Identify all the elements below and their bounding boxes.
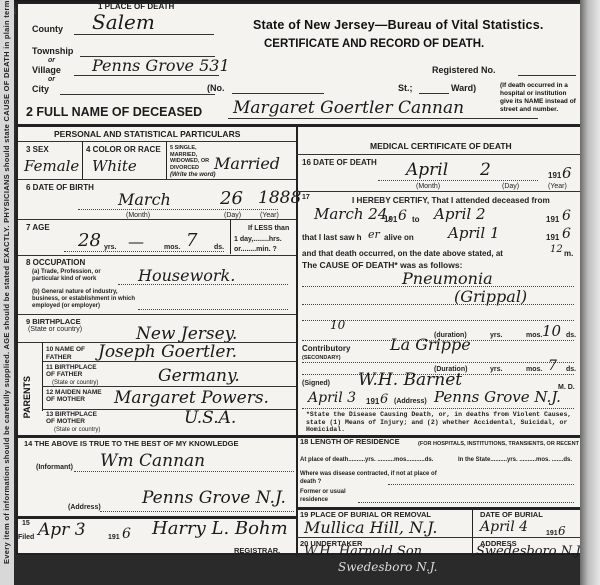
race-label: 4 COLOR OR RACE <box>86 146 161 154</box>
or-text: or <box>48 57 55 65</box>
divider <box>18 219 296 220</box>
registered-no-label: Registered No. <box>432 65 496 75</box>
divider <box>18 124 580 127</box>
burial-place-value: Mullica Hill, N.J. <box>304 518 437 537</box>
less-than-label: If LESS than <box>248 225 289 233</box>
residence-at-place: At place of death..........yrs. ........… <box>300 456 433 464</box>
left-margin-strip: Every item of information should be care… <box>0 0 14 585</box>
ds-label: ds. <box>566 332 576 340</box>
year-caption: (Year) <box>548 183 567 191</box>
father-birthplace-value: Germany. <box>158 366 240 386</box>
occupation-a-label: (a) Trade, Profession, or particular kin… <box>32 269 122 283</box>
burial-date-value: April 4 <box>480 519 528 535</box>
mos-label: mos. <box>526 332 542 340</box>
undertaker-address-overflow: Swedesboro N.J. <box>338 560 437 574</box>
father-name-value: Joseph Goertler. <box>98 342 237 362</box>
mos-label: mos. <box>526 366 542 374</box>
column-divider <box>296 124 298 411</box>
registered-no-line <box>518 75 576 76</box>
or-text: or <box>48 76 55 84</box>
birthplace-value: New Jersey. <box>136 324 237 344</box>
personal-section-title: PERSONAL AND STATISTICAL PARTICULARS <box>54 129 240 139</box>
contributory-label: Contributory <box>302 345 350 353</box>
dod-day-value: 2 <box>480 160 491 180</box>
race-value: White <box>92 157 137 175</box>
divider <box>18 179 296 180</box>
occupation-b-line <box>138 309 288 310</box>
street-label: St.; <box>398 83 413 93</box>
cause-line-2 <box>302 304 574 305</box>
divider <box>296 537 580 538</box>
undertaker-value: W.H. Harnold Son <box>304 544 422 559</box>
less-than-day: 1 day,........hrs. <box>234 236 282 244</box>
street-line <box>232 93 324 94</box>
secondary-label: (SECONDARY) <box>302 354 341 362</box>
date-of-death-label: 16 DATE OF DEATH <box>302 159 377 167</box>
occupation-b-label: (b) General nature of industry, business… <box>32 289 142 310</box>
informant-address-value: Penns Grove N.J. <box>142 488 286 508</box>
age-days-value: 7 <box>186 230 197 251</box>
age-months-value: — <box>128 232 144 251</box>
death-time-value: 12 <box>550 244 563 255</box>
registrar-signature: Harry L. Bohm <box>152 518 288 539</box>
dob-day-value: 26 <box>220 188 243 209</box>
village-value: Penns Grove 531 <box>92 56 230 75</box>
residence-hint: (FOR HOSPITALS, INSTITUTIONS, TRANSIENTS… <box>418 440 600 448</box>
to-label: to <box>412 216 420 224</box>
undertaker-address-value: Swedesboro N.J. <box>476 544 584 559</box>
divider <box>18 435 296 438</box>
informant-address-line <box>100 511 294 512</box>
registrar-label: REGISTRAR. <box>234 547 280 555</box>
signed-label: (Signed) <box>302 380 330 388</box>
marital-hint: (Write the word) <box>170 171 216 179</box>
dod-month-value: April <box>406 160 448 180</box>
dob-label: 6 DATE OF BIRTH <box>26 184 94 192</box>
year-prefix: 191 <box>546 216 559 224</box>
yrs-label: yrs. <box>490 366 502 374</box>
ds-label: ds. <box>566 366 576 374</box>
dod-year-suffix: 6 <box>562 164 572 182</box>
contributory-value: La Grippe <box>390 335 471 354</box>
informant-address-label: (Address) <box>68 504 101 512</box>
marital-status-label: 5 SINGLE, MARRIED, WIDOWED, OR DIVORCED <box>170 145 210 171</box>
mother-birthplace-hint: (State or country) <box>54 426 100 434</box>
divider <box>42 409 296 410</box>
attended-from-year: 6 <box>398 208 407 224</box>
death-time-label: and that death occurred, on the date abo… <box>302 250 503 258</box>
physician-signature: W.H. Barnet <box>358 370 462 390</box>
burial-date-year: 6 <box>558 524 566 538</box>
divider <box>42 342 43 411</box>
county-label: County <box>32 24 63 34</box>
certificate-subtitle: CERTIFICATE AND RECORD OF DEATH. <box>264 38 484 50</box>
mother-birthplace-value: U.S.A. <box>184 408 236 428</box>
age-years-value: 28 <box>78 230 101 251</box>
divider <box>18 314 296 315</box>
physician-address-label: (Address) <box>394 398 427 406</box>
last-saw-pronoun: er <box>368 228 380 241</box>
last-saw-date: April 1 <box>448 224 500 242</box>
burial-date-label: DATE OF BURIAL <box>480 511 543 519</box>
death-time-suffix: m. <box>564 250 573 258</box>
date-of-death-line <box>378 180 538 181</box>
yrs-label: yrs. <box>490 332 502 340</box>
column-divider <box>296 411 298 557</box>
former-residence-label: Former or usual residence <box>300 488 360 504</box>
occupation-label: 8 OCCUPATION <box>26 259 85 267</box>
contributory-line <box>302 362 574 363</box>
residence-in-state: In the State..........yrs. ..........mos… <box>458 456 572 464</box>
filed-label: Filed <box>18 534 34 542</box>
divider <box>230 219 231 254</box>
signed-year-suffix: 6 <box>380 392 388 407</box>
attended-from-value: March 24, <box>314 205 392 223</box>
sex-label: 3 SEX <box>26 146 49 154</box>
duration1-days-value: 10 <box>542 322 561 340</box>
informant-line <box>74 471 294 472</box>
mother-birthplace-label: 13 BIRTHPLACE OF MOTHER <box>46 411 106 425</box>
year-prefix: 191 <box>366 398 379 406</box>
city-line <box>60 94 215 95</box>
signed-line <box>302 408 574 409</box>
township-label: Township <box>32 46 73 56</box>
certificate-title: State of New Jersey—Bureau of Vital Stat… <box>253 18 544 32</box>
divider <box>42 386 296 387</box>
ward-line <box>419 93 449 94</box>
ward-label: Ward) <box>451 83 476 93</box>
village-line <box>74 75 219 76</box>
cause-number: 10 <box>330 318 345 332</box>
death-certificate: 1 PLACE OF DEATH County Salem State of N… <box>16 2 582 555</box>
age-line <box>64 251 224 252</box>
scan-border-right <box>580 0 600 585</box>
filed-year-suffix: 6 <box>122 526 131 542</box>
certify-statement: I HEREBY CERTIFY, That I attended deceas… <box>352 197 550 205</box>
filed-year-prefix: 191 <box>108 534 120 542</box>
father-birthplace-label: 11 BIRTHPLACE OF FATHER <box>46 364 106 378</box>
dob-month-value: March <box>118 190 171 209</box>
house-no-label: (No. <box>207 83 225 93</box>
divider <box>42 361 296 362</box>
divider <box>296 191 580 192</box>
full-name-line <box>228 118 538 119</box>
divider <box>472 507 473 557</box>
village-label: Village <box>32 65 61 75</box>
attended-to-year: 6 <box>562 208 571 224</box>
mother-name-value: Margaret Powers. <box>114 388 269 408</box>
informant-statement: 14 THE ABOVE IS TRUE TO THE BEST OF MY K… <box>24 440 238 448</box>
divider <box>18 255 296 256</box>
last-saw-year: 6 <box>562 226 571 242</box>
filed-number: 15 <box>22 520 30 528</box>
year-prefix: 191 <box>384 216 397 224</box>
age-label: 7 AGE <box>26 224 50 232</box>
divider <box>82 141 83 179</box>
birthplace-hint: (State or country) <box>28 326 82 334</box>
city-label: City <box>32 84 49 94</box>
dob-line <box>78 209 278 210</box>
less-than-min: or........min. ? <box>234 246 277 254</box>
certify-number: 17 <box>302 194 310 202</box>
month-caption: (Month) <box>416 183 440 191</box>
margin-note: Every item of information should be care… <box>2 4 12 564</box>
marital-status-value: Married <box>214 154 280 173</box>
contracted-line <box>388 484 574 485</box>
divider <box>18 141 296 142</box>
attended-to-value: April 2 <box>434 205 486 223</box>
county-line <box>74 34 214 35</box>
signed-date-value: April 3 <box>308 390 356 406</box>
informant-value: Wm Cannan <box>100 451 205 471</box>
full-name-label: 2 FULL NAME OF DECEASED <box>26 105 202 119</box>
county-value: Salem <box>92 10 155 34</box>
occupation-value: Housework. <box>138 266 235 285</box>
deceased-name-value: Margaret Goertler Cannan <box>233 98 464 118</box>
divider <box>166 141 167 179</box>
hospital-note: (If death occurred in a hospital or inst… <box>500 82 580 114</box>
divider <box>296 154 580 155</box>
birthplace-label: 9 BIRTHPLACE <box>26 318 81 326</box>
day-caption: (Day) <box>502 183 519 191</box>
dod-year-prefix: 191 <box>548 172 561 180</box>
cause-label: The CAUSE OF DEATH* was as follows: <box>302 261 462 269</box>
cause-footnote: *State the Disease Causing Death, or, in… <box>306 411 578 434</box>
dob-year-value: 1888 <box>258 188 301 208</box>
duration2-days-value: 7 <box>548 358 557 374</box>
physician-address-value: Penns Grove N.J. <box>434 388 561 406</box>
sex-value: Female <box>24 157 79 175</box>
alive-on-label: alive on <box>384 234 414 242</box>
informant-label: (Informant) <box>36 464 73 472</box>
year-prefix: 191 <box>546 234 559 242</box>
mother-name-label: 12 MAIDEN NAME OF MOTHER <box>46 389 106 403</box>
father-name-label: 10 NAME OF FATHER <box>46 346 101 362</box>
medical-section-title: MEDICAL CERTIFICATE OF DEATH <box>370 141 512 151</box>
residence-label: 18 LENGTH OF RESIDENCE <box>300 438 400 446</box>
last-saw-label: that I last saw h <box>302 234 362 242</box>
parents-label: PARENTS <box>22 376 32 418</box>
filed-date-value: Apr 3 <box>38 520 86 540</box>
cause-primary-value: Pneumonia <box>402 269 493 288</box>
former-residence-line <box>358 502 574 503</box>
cause-primary-value-2: (Grippal) <box>454 287 527 306</box>
